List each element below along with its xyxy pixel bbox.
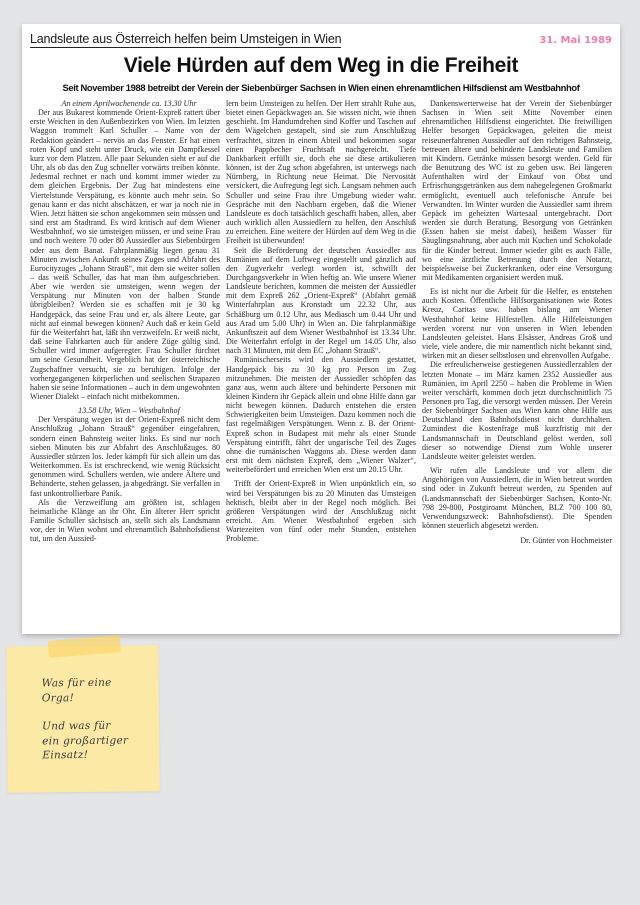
publication-date: 31. Mai 1989 xyxy=(539,34,612,48)
paragraph: Es ist nicht nur die Arbeit für die Helf… xyxy=(422,287,612,360)
author-signature: Dr. Günter von Hochmeister xyxy=(422,536,612,545)
article-column-1: An einem Aprilwochenende ca. 13.30 Uhr D… xyxy=(30,99,220,545)
paragraph: Dankenswerterweise hat der Verein der Si… xyxy=(422,99,612,282)
paragraph: Trifft der Orient-Expreß in Wien unpünkt… xyxy=(226,479,416,543)
paragraph: Der Verspätung wegen ist der Orient-Expr… xyxy=(30,415,220,497)
article-column-3: Dankenswerterweise hat der Verein der Si… xyxy=(422,99,612,545)
article-kicker: Landsleute aus Österreich helfen beim Um… xyxy=(30,32,341,48)
paragraph: Der aus Bukarest kommende Orient-Expreß … xyxy=(30,108,220,401)
dateline: 13.58 Uhr, Wien – Westbahnhof xyxy=(30,406,220,415)
article-subheadline: Seit November 1988 betreibt der Verein d… xyxy=(30,82,612,93)
note-line: Einsatz! xyxy=(42,748,128,763)
newspaper-clipping: Landsleute aus Österreich helfen beim Um… xyxy=(22,24,620,634)
tape-strip xyxy=(48,635,121,658)
kicker-row: Landsleute aus Österreich helfen beim Um… xyxy=(30,30,612,48)
article-body: An einem Aprilwochenende ca. 13.30 Uhr D… xyxy=(30,99,612,545)
paragraph: Wir rufen alle Landsleute und vor allem … xyxy=(422,466,612,530)
note-line: Was für eine xyxy=(42,676,128,691)
article-headline: Viele Hürden auf dem Weg in die Freiheit xyxy=(30,54,612,78)
note-line: Orga! xyxy=(42,690,128,705)
note-line: ein großartiger xyxy=(42,733,128,748)
note-line: Und was für xyxy=(42,719,128,734)
paragraph: Seit die Beförderung der deutschen Aussi… xyxy=(226,246,416,356)
paragraph: Rumänischerseits wird den Aussiedlern ge… xyxy=(226,355,416,474)
paragraph: Als die Verzweiflung am größten ist, sch… xyxy=(30,498,220,544)
article-column-2: lern beim Umsteigen zu helfen. Der Herr … xyxy=(226,99,416,545)
paragraph: lern beim Umsteigen zu helfen. Der Herr … xyxy=(226,99,416,246)
sticky-note-text: Was für eine Orga! Und was für ein großa… xyxy=(42,676,129,763)
note-spacer xyxy=(42,705,128,720)
dateline: An einem Aprilwochenende ca. 13.30 Uhr xyxy=(30,99,220,108)
sticky-note: Was für eine Orga! Und was für ein großa… xyxy=(6,645,160,793)
paragraph: Die erfreulicherweise gestiegenen Aussie… xyxy=(422,360,612,461)
